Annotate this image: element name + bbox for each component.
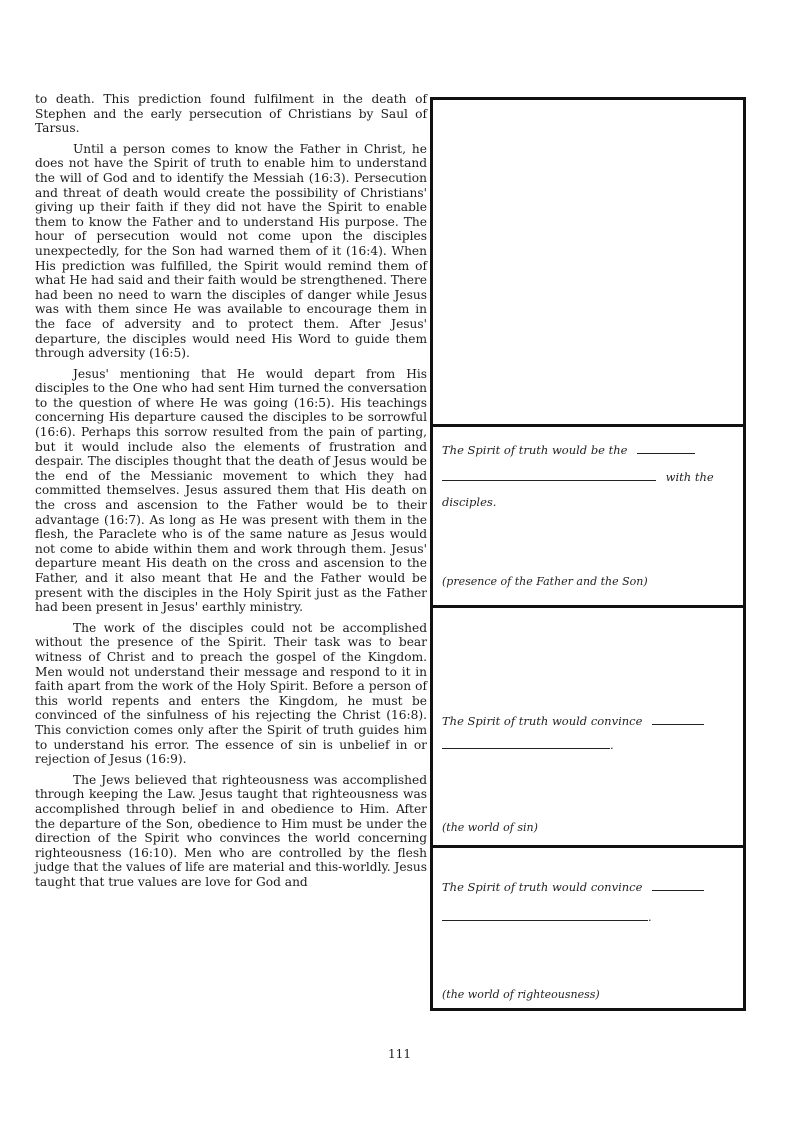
body-text-column: to death. This prediction found fulfilme… [35,92,427,895]
frame-answer: (the world of sin) [442,821,538,834]
frame-prompt: The Spirit of truth would convince [442,880,642,894]
paragraph: Until a person comes to know the Father … [35,142,427,361]
paragraph: to death. This prediction found fulfilme… [35,92,427,136]
frame-empty [433,100,743,427]
answer-blank[interactable] [442,910,648,921]
page-number: 111 [0,1047,799,1061]
paragraph: The Jews believed that righteousness was… [35,773,427,890]
frame-answer: (presence of the Father and the Son) [442,575,648,588]
programmed-frames-panel: The Spirit of truth would be the with th… [430,97,746,1011]
frame-continuation: . [610,738,614,752]
frame-line3: disciples. [442,495,733,509]
frame-prompt: The Spirit of truth would convince [442,714,642,728]
frame-answer: (the world of righteousness) [442,988,600,1001]
answer-blank[interactable] [442,470,656,481]
frame-continuation: . [648,910,652,924]
frame-continuation: with the [666,470,714,484]
paragraph: Jesus' mentioning that He would depart f… [35,367,427,615]
answer-blank[interactable] [637,443,695,454]
answer-blank[interactable] [442,738,610,749]
answer-blank[interactable] [652,714,704,725]
frame-sin: The Spirit of truth would convince . (th… [433,608,743,848]
answer-blank[interactable] [652,880,704,891]
paragraph: The work of the disciples could not be a… [35,621,427,767]
frame-presence: The Spirit of truth would be the with th… [433,427,743,608]
frame-righteousness: The Spirit of truth would convince . (th… [433,848,743,1008]
frame-prompt: The Spirit of truth would be the [442,443,627,457]
